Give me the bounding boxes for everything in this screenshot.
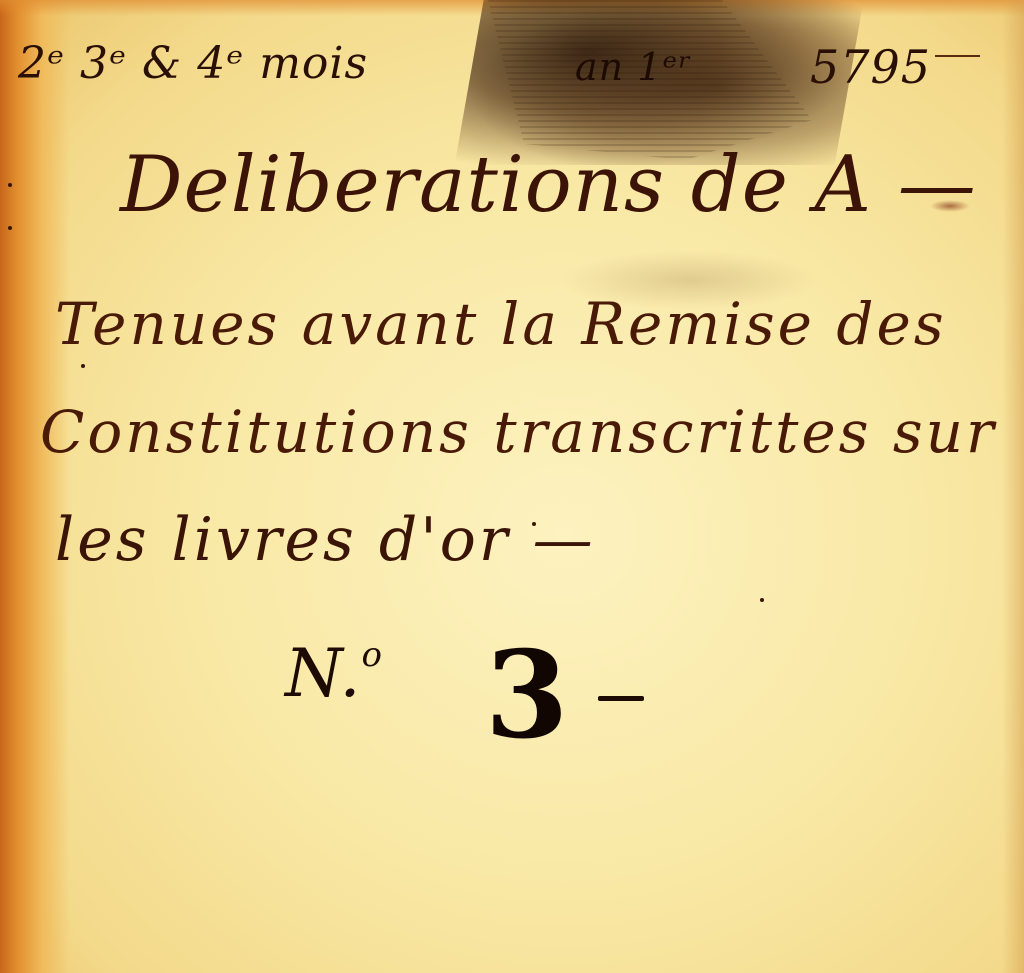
header-rule [935, 55, 980, 57]
header-year-reference: an 1ᵉʳ [575, 45, 692, 89]
title-line-deliberations: Deliberations de A — [120, 140, 977, 230]
number-label-text: N. [285, 635, 362, 712]
text-line-constitutions: Constitutions transcrittes sur [40, 398, 997, 466]
text-line-livres: les livres d'or — [55, 505, 596, 575]
ink-speck [8, 183, 12, 187]
text-line-tenues: Tenues avant la Remise des [55, 290, 947, 358]
header-months: 2ᵉ 3ᵉ & 4ᵉ mois [18, 38, 368, 89]
number-label-superscript: o [362, 635, 383, 675]
number-dash [598, 696, 644, 701]
scorched-left-edge [0, 0, 70, 973]
ink-speck [81, 364, 85, 368]
volume-number: 3 [485, 625, 570, 766]
ink-speck [532, 522, 536, 526]
manuscript-page: 2ᵉ 3ᵉ & 4ᵉ mois an 1ᵉʳ 5795 Deliberation… [0, 0, 1024, 973]
number-label: N.o [285, 635, 383, 712]
discolored-right-edge [1002, 0, 1024, 973]
header-year: 5795 [810, 40, 931, 94]
ink-speck [760, 598, 764, 602]
ink-speck [8, 226, 12, 230]
